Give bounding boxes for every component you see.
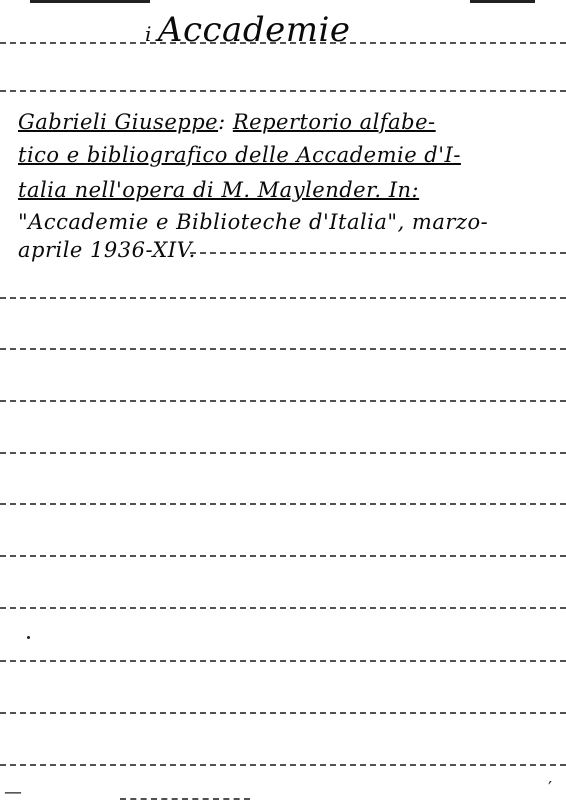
- top-edge-mark: [30, 0, 150, 3]
- entry-line-4: "Accademie e Biblioteche d'Italia", marz…: [18, 210, 488, 234]
- corner-mark-bottom-right: ′: [548, 778, 552, 799]
- entry-line-1: Gabrieli Giuseppe: Repertorio alfabe-: [18, 110, 436, 134]
- ruled-line: [0, 764, 566, 766]
- corner-mark-bottom-left: —: [4, 782, 22, 800]
- ruled-line: [0, 607, 566, 609]
- ruled-line: [0, 42, 566, 44]
- author-name: Gabrieli Giuseppe: [18, 110, 218, 134]
- entry-line-2: tico e bibliografico delle Accademie d'I…: [18, 143, 461, 167]
- top-edge-mark: [470, 0, 535, 3]
- ruled-line: [0, 660, 566, 662]
- ruled-line: [0, 348, 566, 350]
- entry-line-3: talia nell'opera di M. Maylender. In:: [18, 178, 419, 202]
- ruled-line: [0, 503, 566, 505]
- card-heading: iAccademie: [145, 10, 350, 50]
- ruled-line: [0, 712, 566, 714]
- ruled-line: [0, 400, 566, 402]
- ruled-line: [0, 555, 566, 557]
- ruled-line: [0, 90, 566, 92]
- ink-dot: [27, 636, 30, 639]
- ruled-line: [0, 297, 566, 299]
- index-card: iAccademie Gabrieli Giuseppe: Repertorio…: [0, 0, 566, 800]
- entry-line-5: aprile 1936-XIV.: [18, 238, 196, 262]
- entry-title-start: Repertorio alfabe-: [233, 110, 436, 134]
- ruled-line: [190, 252, 566, 254]
- heading-text: Accademie: [158, 10, 351, 50]
- ruled-line: [0, 452, 566, 454]
